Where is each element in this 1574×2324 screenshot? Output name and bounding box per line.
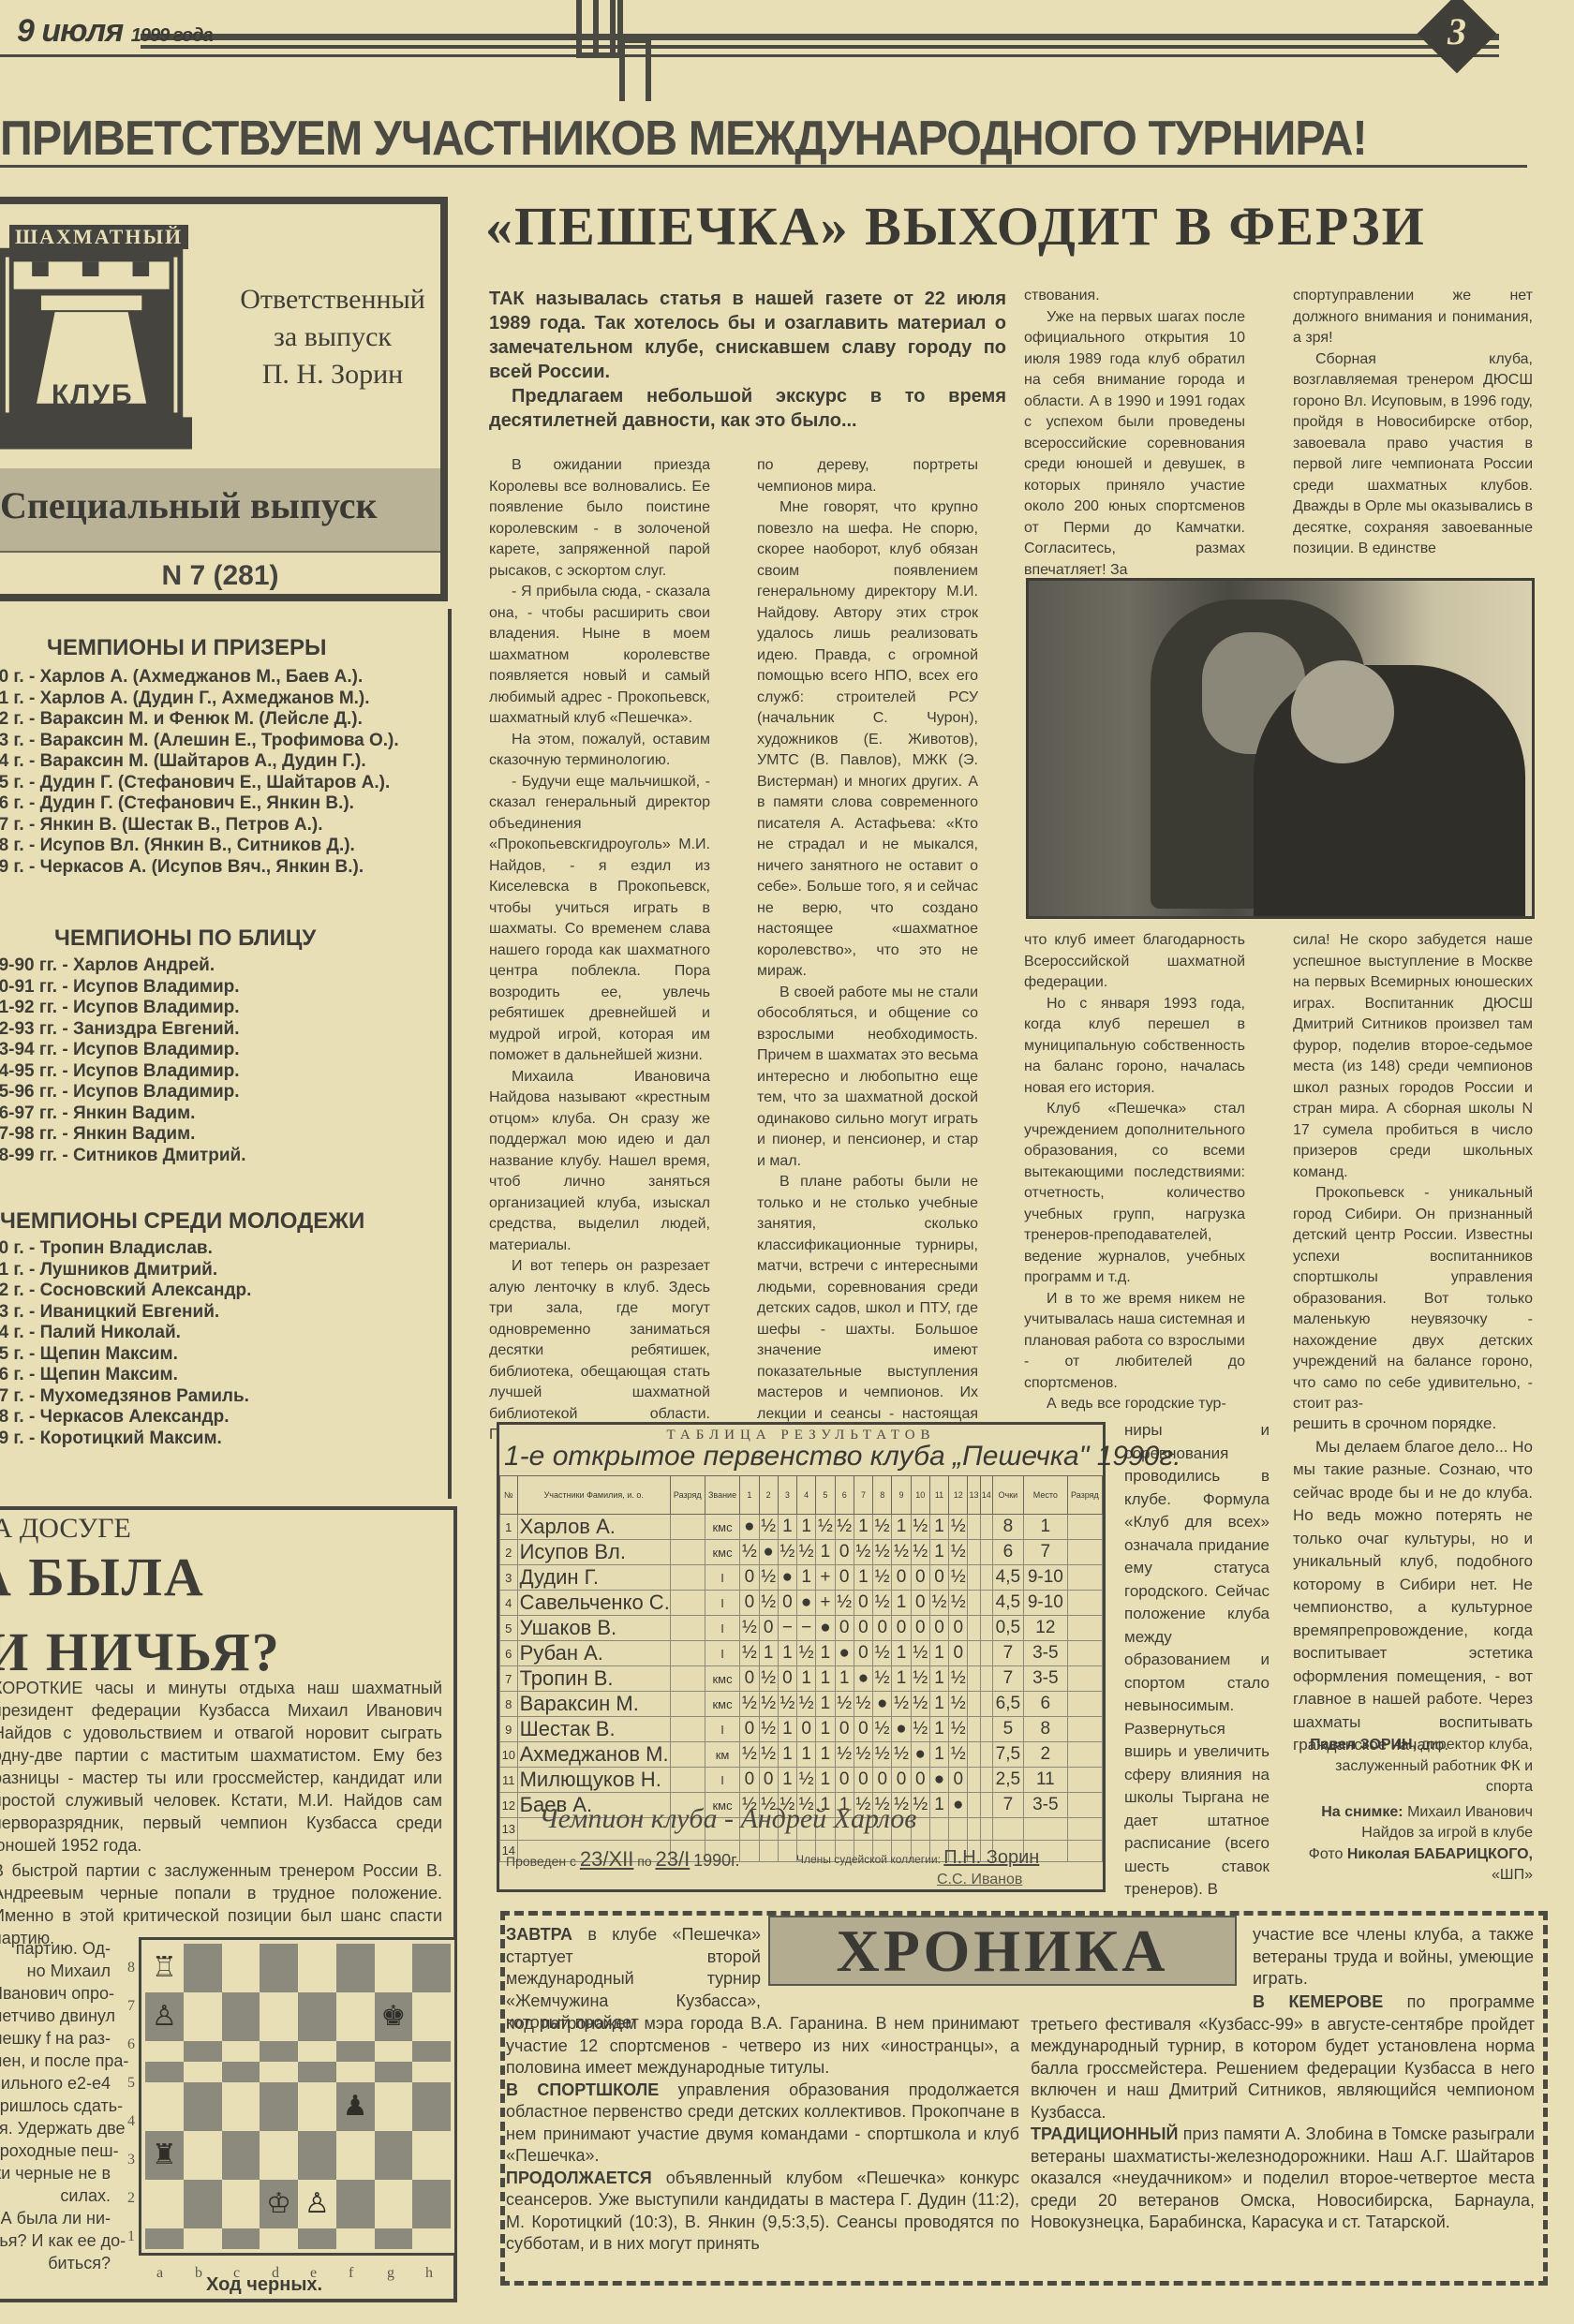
table-cell: 2: [500, 1540, 518, 1565]
square-e8: [298, 1944, 336, 1992]
table-cell: [670, 1565, 705, 1591]
chess-piece-icon: ♖: [152, 1954, 177, 1982]
square-d6: [260, 2041, 298, 2062]
handwritten-note: Чемпион клуба - Андрей Харлов: [539, 1803, 916, 1835]
table-cell: ●: [949, 1793, 968, 1818]
table-cell: [968, 1793, 980, 1818]
table-cell: ½: [911, 1540, 929, 1565]
table-cell: ½: [759, 1666, 778, 1692]
square-b4: [184, 2082, 222, 2131]
table-cell: I: [705, 1717, 739, 1742]
table-cell: кмс: [705, 1666, 739, 1692]
table-cell: ½: [911, 1692, 929, 1717]
table-cell: 1: [759, 1641, 778, 1666]
special-issue-label: Специальный выпуск: [0, 483, 378, 527]
table-cell: 0: [835, 1540, 854, 1565]
table-cell: 9-10: [1023, 1565, 1067, 1591]
table-cell: 0: [929, 1565, 948, 1591]
table-cell: ½: [949, 1565, 968, 1591]
square-g1: [375, 2228, 413, 2249]
table-cell: 3-5: [1023, 1641, 1067, 1666]
table-cell: −: [797, 1616, 816, 1641]
table-cell: ½: [740, 1616, 759, 1641]
table-cell: 1: [854, 1565, 872, 1591]
masthead-rule-2: [141, 45, 1499, 49]
table-cell: 12: [500, 1793, 518, 1818]
table-cell: Харлов А.: [517, 1515, 670, 1540]
square-a7: ♙: [145, 1992, 184, 2041]
leisure-headline-1: А БЫЛА: [0, 1546, 205, 1608]
square-h6: [412, 2041, 451, 2062]
table-cell: [1067, 1666, 1102, 1692]
table-cell: ½: [740, 1540, 759, 1565]
list-item: 92 г. - Вараксин М. и Фенюк М. (Лейсле Д…: [0, 709, 399, 731]
table-cell: [1067, 1768, 1102, 1793]
table-cell: ●: [778, 1565, 796, 1591]
table-cell: ½: [778, 1540, 796, 1565]
square-h3: [412, 2131, 451, 2180]
table-cell: 1: [778, 1717, 796, 1742]
table-cell: 0: [740, 1666, 759, 1692]
table-cell: [670, 1666, 705, 1692]
page-number: 3: [1424, 9, 1490, 53]
table-cell: ½: [873, 1540, 892, 1565]
list-item: 90 г. - Тропин Владислав.: [0, 1238, 251, 1260]
table-cell: ½: [778, 1692, 796, 1717]
square-g5: [375, 2062, 413, 2082]
table-row: 10Ахмеджанов М.км½½111½½½½●1½7,52: [500, 1742, 1103, 1768]
chronicle-column-right: В КЕМЕРОВЕ по программе третьего фестива…: [1031, 1991, 1535, 2234]
table-cell: [1067, 1565, 1102, 1591]
table-cell: [968, 1591, 980, 1616]
table-row: 2Исупов Вл.кмс½●½½10½½½½1½67: [500, 1540, 1103, 1565]
column-header: 7: [854, 1476, 872, 1515]
table-cell: ½: [892, 1540, 911, 1565]
table-cell: ½: [740, 1742, 759, 1768]
table-cell: [980, 1616, 992, 1641]
table-cell: 0: [835, 1717, 854, 1742]
table-cell: 1: [929, 1540, 948, 1565]
square-b3: [184, 2131, 222, 2180]
square-a3: ♜: [145, 2131, 184, 2180]
table-cell: 7: [992, 1793, 1023, 1818]
square-b8: [184, 1944, 222, 1992]
table-cell: 0: [835, 1616, 854, 1641]
table-cell: 0: [892, 1768, 911, 1793]
table-cell: 1: [816, 1768, 835, 1793]
list-item: 89-90 гг. - Харлов Андрей.: [0, 955, 245, 977]
table-cell: 6: [992, 1540, 1023, 1565]
table-cell: 3-5: [1023, 1793, 1067, 1818]
table-row: 3Дудин Г.I0½●1+01½000½4,59-10: [500, 1565, 1103, 1591]
table-cell: 0: [778, 1666, 796, 1692]
column-header: Звание: [705, 1476, 739, 1515]
table-cell: 0: [892, 1616, 911, 1641]
table-cell: ½: [854, 1540, 872, 1565]
table-cell: ½: [892, 1742, 911, 1768]
list-item: 95 г. - Щепин Максим.: [0, 1344, 251, 1366]
table-cell: I: [705, 1591, 739, 1616]
table-judges: Члены судейской коллегии: П.Н. Зорин: [796, 1847, 1039, 1869]
table-cell: [968, 1742, 980, 1768]
table-cell: [980, 1515, 992, 1540]
table-cell: 7: [992, 1641, 1023, 1666]
square-b2: [184, 2180, 222, 2228]
table-row: 11Милющуков Н.I001½100000●02,511: [500, 1768, 1103, 1793]
table-cell: 1: [816, 1666, 835, 1692]
table-cell: ●: [892, 1717, 911, 1742]
column-header: Разряд: [1067, 1476, 1102, 1515]
chess-piece-icon: ♟: [343, 2093, 368, 2121]
table-cell: 1: [778, 1641, 796, 1666]
table-cell: 0,5: [992, 1616, 1023, 1641]
youth-title: ЧЕМПИОНЫ СРЕДИ МОЛОДЕЖИ: [0, 1208, 364, 1235]
column-header: 9: [892, 1476, 911, 1515]
square-d5: [260, 2062, 298, 2082]
table-cell: 0: [911, 1768, 929, 1793]
youth-list: 90 г. - Тропин Владислав. 91 г. - Лушник…: [0, 1238, 251, 1449]
champions-list: 90 г. - Харлов А. (Ахмеджанов М., Баев А…: [0, 667, 399, 878]
logo-top-text: ШАХМАТНЫЙ: [9, 225, 188, 249]
table-cell: ½: [759, 1515, 778, 1540]
table-cell: 1: [892, 1591, 911, 1616]
blitz-title: ЧЕМПИОНЫ ПО БЛИЦУ: [54, 925, 316, 952]
table-cell: [1067, 1540, 1102, 1565]
table-cell: 0: [797, 1717, 816, 1742]
list-item: 90 г. - Харлов А. (Ахмеджанов М., Баев А…: [0, 667, 399, 688]
square-d2: ♔: [260, 2180, 298, 2228]
champions-title: ЧЕМПИОНЫ И ПРИЗЕРЫ: [47, 635, 327, 661]
article-column-3-bottom: что клуб имеет благодарность Всероссийск…: [1024, 930, 1245, 1415]
table-cell: км: [705, 1742, 739, 1768]
table-cell: [1067, 1591, 1102, 1616]
table-cell: 1: [892, 1666, 911, 1692]
table-cell: ½: [949, 1717, 968, 1742]
square-a2: [145, 2180, 184, 2228]
table-cell: 3-5: [1023, 1666, 1067, 1692]
table-cell: 3: [500, 1565, 518, 1591]
band-rule: [0, 551, 440, 553]
square-g2: [375, 2180, 413, 2228]
table-dates: Проведен с 23/XII по 23/I 1990г.: [506, 1847, 740, 1872]
list-item: 95 г. - Дудин Г. (Стефанович Е., Шайтаро…: [0, 773, 399, 794]
table-cell: 1: [778, 1768, 796, 1793]
banner-headline: ПРИВЕТСТВУЕМ УЧАСТНИКОВ МЕЖДУНАРОДНОГО Т…: [0, 111, 1420, 167]
table-cell: I: [705, 1641, 739, 1666]
chronicle-title: ХРОНИКА: [768, 1917, 1237, 1986]
column-header: 3: [778, 1476, 796, 1515]
square-c6: [222, 2041, 260, 2062]
rank-label: 8: [127, 1960, 135, 1976]
chess-piece-icon: ♜: [152, 2141, 177, 2169]
table-cell: ½: [911, 1717, 929, 1742]
table-cell: 1: [797, 1515, 816, 1540]
table-cell: [670, 1692, 705, 1717]
table-cell: 0: [949, 1616, 968, 1641]
table-cell: ½: [911, 1641, 929, 1666]
square-f6: [336, 2041, 375, 2062]
square-g8: [375, 1944, 413, 1992]
table-cell: 1: [778, 1515, 796, 1540]
square-f5: [336, 2062, 375, 2082]
table-cell: 6: [500, 1641, 518, 1666]
rank-label: 5: [127, 2075, 135, 2092]
table-cell: 0: [854, 1717, 872, 1742]
table-cell: кмс: [705, 1540, 739, 1565]
column-header: Место: [1023, 1476, 1067, 1515]
list-item: 93 г. - Иваницкий Евгений.: [0, 1302, 251, 1324]
article-column-1: В ожидании приезда Королевы все волновал…: [489, 455, 710, 1420]
table-cell: ●: [759, 1540, 778, 1565]
table-cell: ½: [873, 1641, 892, 1666]
table-cell: 7,5: [992, 1742, 1023, 1768]
table-cell: 1: [929, 1793, 948, 1818]
table-cell: 1: [797, 1666, 816, 1692]
table-cell: 11: [1023, 1768, 1067, 1793]
table-cell: Рубан А.: [517, 1641, 670, 1666]
square-e4: [298, 2082, 336, 2131]
list-item: 99 г. - Черкасов А. (Исупов Вяч., Янкин …: [0, 857, 399, 879]
table-cell: [980, 1540, 992, 1565]
table-cell: [1067, 1742, 1102, 1768]
table-cell: −: [778, 1616, 796, 1641]
square-a5: [145, 2062, 184, 2082]
square-b5: [184, 2062, 222, 2082]
square-f1: [336, 2228, 375, 2249]
table-cell: 0: [854, 1641, 872, 1666]
chronicle-column-left: под патронажем мэра города В.А. Гаранина…: [506, 2013, 1019, 2256]
leisure-paragraph-2: В быстрой партии с заслуженным тренером …: [0, 1859, 442, 1949]
table-cell: ½: [854, 1692, 872, 1717]
table-cell: [968, 1540, 980, 1565]
article-column-2: по дереву, портреты чемпионов мира. Мне …: [757, 455, 978, 1420]
table-cell: [1067, 1692, 1102, 1717]
table-cell: [968, 1515, 980, 1540]
table-cell: 7: [500, 1666, 518, 1692]
leisure-paragraph-1: КОРОТКИЕ часы и минуты отдыха наш шахмат…: [0, 1677, 442, 1857]
square-d7: [260, 1992, 298, 2041]
square-c3: [222, 2131, 260, 2180]
rank-label: 2: [127, 2190, 135, 2207]
square-f7: [336, 1992, 375, 2041]
table-cell: 2: [1023, 1742, 1067, 1768]
square-b1: [184, 2228, 222, 2249]
table-cell: ½: [949, 1591, 968, 1616]
rank-label: 6: [127, 2036, 135, 2053]
list-item: 93 г. - Вараксин М. (Алешин Е., Трофимов…: [0, 731, 399, 752]
table-cell: 0: [740, 1591, 759, 1616]
square-b6: [184, 2041, 222, 2062]
table-cell: Ушаков В.: [517, 1616, 670, 1641]
table-cell: 9-10: [1023, 1591, 1067, 1616]
table-row: 8Вараксин М.кмс½½½½1½½●½½1½6,56: [500, 1692, 1103, 1717]
table-cell: ½: [854, 1742, 872, 1768]
table-cell: I: [705, 1616, 739, 1641]
column-header: Разряд: [670, 1476, 705, 1515]
table-cell: 7: [1023, 1540, 1067, 1565]
rank-label: 7: [127, 1998, 135, 2015]
newspaper-logo: [576, 0, 698, 103]
table-cell: [670, 1515, 705, 1540]
leisure-side-text: партию. Од- но Михаил Иванович опро- мет…: [0, 1937, 114, 2274]
table-cell: Дудин Г.: [517, 1565, 670, 1591]
column-header: №: [500, 1476, 518, 1515]
list-item: 98 г. - Черкасов Александр.: [0, 1407, 251, 1428]
list-item: 96 г. - Дудин Г. (Стефанович Е., Янкин В…: [0, 793, 399, 815]
list-item: 98 г. - Исупов Вл. (Янкин В., Ситников Д…: [0, 836, 399, 857]
table-cell: 1: [835, 1666, 854, 1692]
issue-date: 9 июля 1999 года: [17, 13, 213, 50]
table-cell: ●: [929, 1768, 948, 1793]
list-item: 92-93 гг. - Заниздра Евгений.: [0, 1019, 245, 1041]
list-item: 97 г. - Мухомедзянов Рамиль.: [0, 1386, 251, 1408]
table-cell: 5: [500, 1616, 518, 1641]
table-cell: 6: [1023, 1692, 1067, 1717]
author-byline: Павел ЗОРИН, директор клуба, заслуженный…: [1293, 1735, 1533, 1887]
table-cell: ●: [740, 1515, 759, 1540]
table-cell: [1067, 1793, 1102, 1818]
table-cell: 0: [854, 1616, 872, 1641]
results-table-subtitle: 1-е открытое первенство клуба „Пешечка" …: [504, 1441, 1181, 1473]
table-cell: 1: [854, 1515, 872, 1540]
table-cell: 1: [929, 1515, 948, 1540]
table-cell: [980, 1692, 992, 1717]
table-judge-2: С.С. Иванов: [937, 1872, 1022, 1888]
table-cell: [980, 1666, 992, 1692]
table-cell: 0: [949, 1641, 968, 1666]
table-cell: ½: [835, 1515, 854, 1540]
list-item: 96-97 гг. - Янкин Вадим.: [0, 1103, 245, 1125]
square-e1: [298, 2228, 336, 2249]
file-label: h: [425, 2265, 433, 2282]
table-row: 4Савельченко С.I0½0●+½0½10½½4,59-10: [500, 1591, 1103, 1616]
column-header: 14: [980, 1476, 992, 1515]
chronicle-item-continued: участие все члены клуба, а также ветеран…: [1253, 1924, 1534, 1991]
table-cell: 1: [816, 1540, 835, 1565]
table-cell: 0: [835, 1565, 854, 1591]
square-d4: [260, 2082, 298, 2131]
table-cell: 0: [854, 1768, 872, 1793]
list-item: 93-94 гг. - Исупов Владимир.: [0, 1040, 245, 1061]
table-cell: 5: [992, 1717, 1023, 1742]
table-cell: кмс: [705, 1515, 739, 1540]
table-cell: [968, 1666, 980, 1692]
table-cell: 1: [778, 1742, 796, 1768]
table-cell: Вараксин М.: [517, 1692, 670, 1717]
table-cell: [968, 1565, 980, 1591]
table-cell: 0: [835, 1768, 854, 1793]
square-d8: [260, 1944, 298, 1992]
table-cell: [968, 1692, 980, 1717]
table-cell: 1: [816, 1641, 835, 1666]
table-cell: 1: [816, 1717, 835, 1742]
table-cell: 0: [911, 1591, 929, 1616]
masthead-rule-1: [141, 34, 1499, 40]
table-cell: [1067, 1616, 1102, 1641]
article-photo: [1026, 578, 1535, 919]
results-header-row: №Участники Фамилия, и. о.РазрядЗвание123…: [500, 1476, 1103, 1515]
table-cell: 0: [740, 1768, 759, 1793]
table-cell: ½: [759, 1742, 778, 1768]
list-item: 94 г. - Палий Николай.: [0, 1323, 251, 1344]
table-cell: ●: [854, 1666, 872, 1692]
article-column-4-top: спортуправлении же нет должного внимания…: [1293, 286, 1533, 560]
chess-piece-icon: ♚: [380, 2003, 406, 2031]
table-cell: ½: [873, 1666, 892, 1692]
table-cell: 0: [759, 1768, 778, 1793]
table-cell: +: [816, 1591, 835, 1616]
square-e6: [298, 2041, 336, 2062]
table-cell: Исупов Вл.: [517, 1540, 670, 1565]
column-header: 5: [816, 1476, 835, 1515]
table-cell: ½: [873, 1742, 892, 1768]
responsible-editor: Ответственный за выпуск П. Н. Зорин: [225, 281, 440, 393]
table-cell: ½: [759, 1692, 778, 1717]
list-item: 97-98 гг. - Янкин Вадим.: [0, 1124, 245, 1146]
table-cell: I: [705, 1768, 739, 1793]
rank-label: 3: [127, 2152, 135, 2169]
square-e5: [298, 2062, 336, 2082]
table-cell: 8: [1023, 1717, 1067, 1742]
square-f3: [336, 2131, 375, 2180]
table-cell: ½: [835, 1742, 854, 1768]
table-cell: [980, 1742, 992, 1768]
square-e3: [298, 2131, 336, 2180]
table-row: 5Ушаков В.I½0−−●00000000,512: [500, 1616, 1103, 1641]
square-g4: [375, 2082, 413, 2131]
square-e2: ♙: [298, 2180, 336, 2228]
table-cell: 4: [500, 1591, 518, 1616]
square-g6: [375, 2041, 413, 2062]
table-cell: [980, 1641, 992, 1666]
table-cell: 1: [816, 1742, 835, 1768]
square-h1: [412, 2228, 451, 2249]
file-label: g: [387, 2265, 394, 2282]
table-cell: 0: [911, 1616, 929, 1641]
table-cell: ●: [797, 1591, 816, 1616]
list-item: 97 г. - Янкин В. (Шестак В., Петров А.).: [0, 815, 399, 836]
table-cell: [968, 1768, 980, 1793]
table-cell: ½: [835, 1692, 854, 1717]
table-cell: ½: [892, 1692, 911, 1717]
table-cell: ½: [873, 1565, 892, 1591]
table-cell: 1: [797, 1565, 816, 1591]
table-row: 9Шестак В.I0½10100½●½1½58: [500, 1717, 1103, 1742]
table-cell: 1: [929, 1742, 948, 1768]
square-c2: [222, 2180, 260, 2228]
table-cell: ½: [759, 1591, 778, 1616]
table-row: 1Харлов А.кмс●½11½½1½1½1½81: [500, 1515, 1103, 1540]
table-cell: [670, 1641, 705, 1666]
table-cell: ½: [949, 1515, 968, 1540]
table-cell: ●: [911, 1742, 929, 1768]
square-a8: ♖: [145, 1944, 184, 1992]
column-header: 4: [797, 1476, 816, 1515]
list-item: 98-99 гг. - Ситников Дмитрий.: [0, 1146, 245, 1167]
table-cell: 9: [500, 1717, 518, 1742]
list-item: 90-91 гг. - Исупов Владимир.: [0, 977, 245, 999]
table-cell: 8: [500, 1692, 518, 1717]
table-cell: ½: [949, 1692, 968, 1717]
square-h7: [412, 1992, 451, 2041]
square-h5: [412, 2062, 451, 2082]
table-cell: 0: [892, 1565, 911, 1591]
table-cell: 0: [759, 1616, 778, 1641]
list-item: 94-95 гг. - Исупов Владимир.: [0, 1061, 245, 1083]
square-c7: [222, 1992, 260, 2041]
table-cell: 1: [929, 1666, 948, 1692]
table-cell: 0: [740, 1717, 759, 1742]
